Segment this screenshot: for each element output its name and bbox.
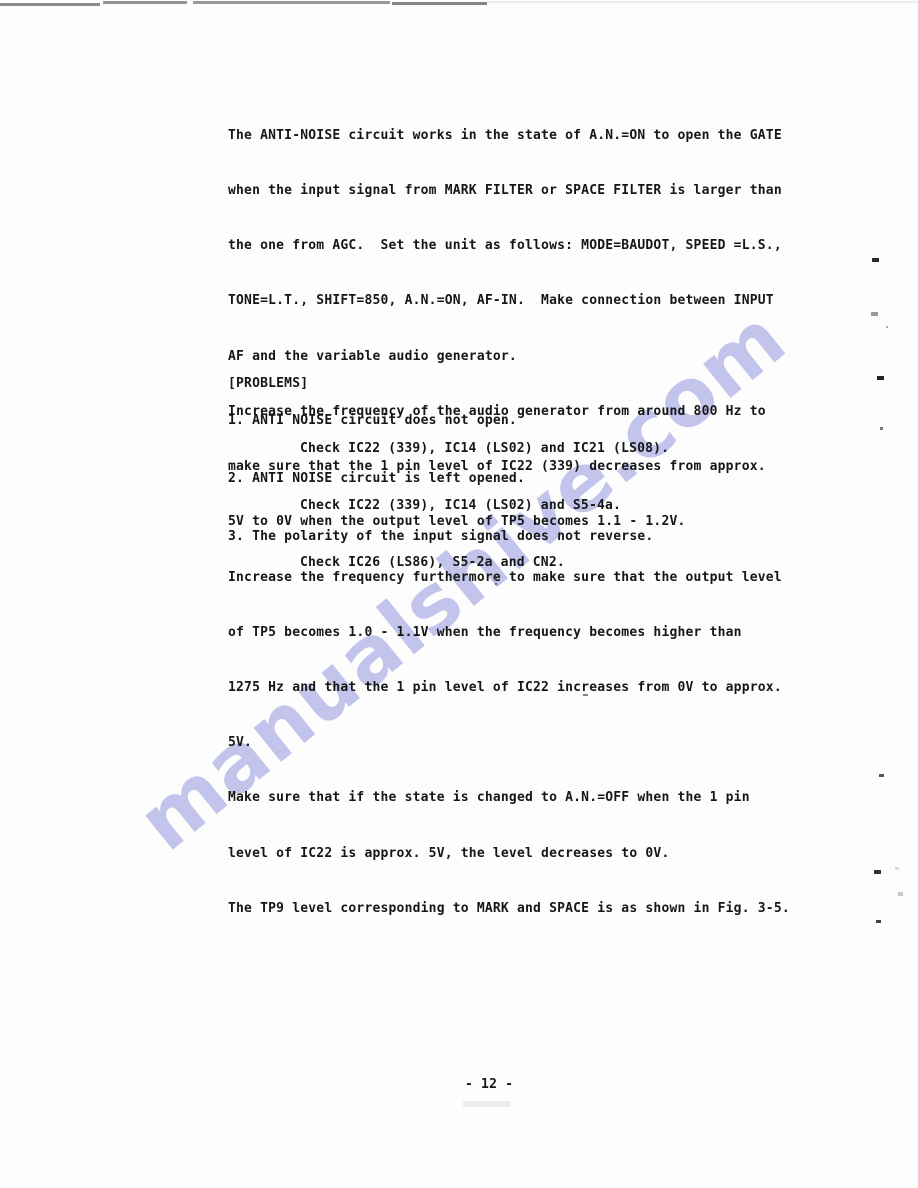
scan-speck [880,427,883,430]
scan-speck [495,578,497,580]
problem-item-title: 2. ANTI NOISE circuit is left opened. [228,470,525,488]
scan-speck [583,694,588,696]
problem-item-title: 3. The polarity of the input signal does… [228,528,653,546]
paragraph-line: of TP5 becomes 1.0 - 1.1V when the frequ… [228,624,790,642]
paragraph-line: 1275 Hz and that the 1 pin level of IC22… [228,679,790,697]
scan-speck [898,892,903,896]
scan-speck [872,258,879,262]
scan-artifact-line [193,1,390,4]
scan-speck [877,376,884,380]
problem-item-check: Check IC22 (339), IC14 (LS02) and IC21 (… [300,440,669,458]
paragraph-line: The TP9 level corresponding to MARK and … [228,900,790,918]
scan-speck [876,920,881,923]
scan-artifact-line [103,1,187,4]
paragraph-line: when the input signal from MARK FILTER o… [228,182,790,200]
scan-speck [879,774,884,777]
main-paragraph: The ANTI-NOISE circuit works in the stat… [228,90,790,955]
paragraph-line: TONE=L.T., SHIFT=850, A.N.=ON, AF-IN. Ma… [228,292,790,310]
page-number: - 12 - [465,1076,513,1094]
scan-artifact-line [0,3,100,6]
scan-artifact-line [392,2,487,5]
scan-speck [874,870,881,874]
scan-speck [463,1101,510,1107]
paragraph-line: level of IC22 is approx. 5V, the level d… [228,845,790,863]
paragraph-line: 5V. [228,734,790,752]
paragraph-line: AF and the variable audio generator. [228,348,790,366]
scan-speck [495,583,497,585]
problem-item-check: Check IC22 (339), IC14 (LS02) and S5-4a. [300,497,621,515]
document-page: manualshive.com The ANTI-NOISE circuit w… [0,0,918,1188]
paragraph-line: the one from AGC. Set the unit as follow… [228,237,790,255]
problems-header: [PROBLEMS] [228,375,308,393]
scan-artifact-line [487,1,918,3]
problem-item-title: 1. ANTI NOISE circuit does not open. [228,412,517,430]
scan-speck [871,312,878,316]
paragraph-line: Make sure that if the state is changed t… [228,789,790,807]
paragraph-line: The ANTI-NOISE circuit works in the stat… [228,127,790,145]
problem-item-check: Check IC26 (LS86), S5-2a and CN2. [300,554,565,572]
scan-speck [895,867,899,870]
scan-speck [886,326,888,328]
